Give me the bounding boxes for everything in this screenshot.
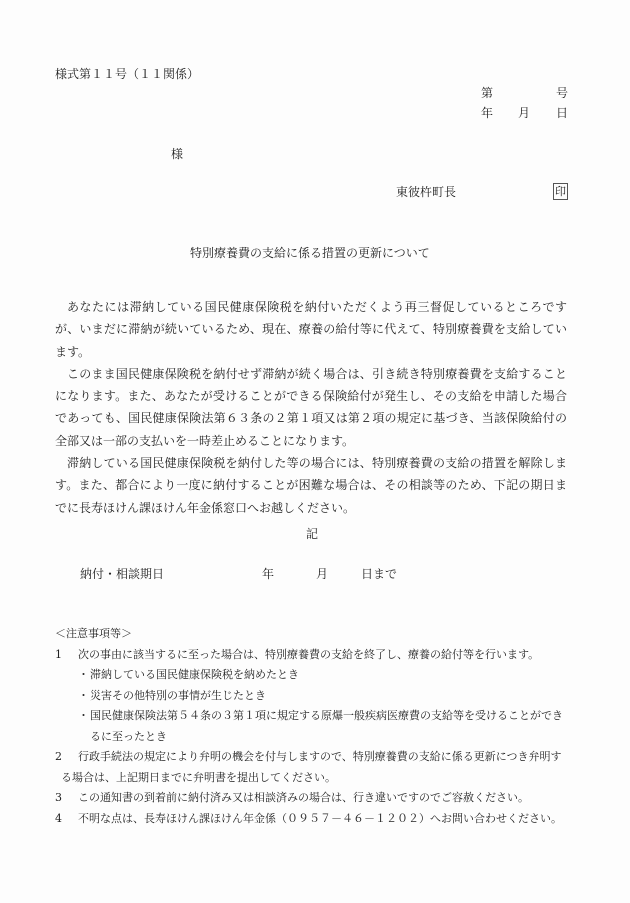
document-page: 様式第１１号（１１関係） 第 号 年 月 日 様 東彼杵町長 印 特別療養費の支… [0, 0, 630, 903]
bullet-mark: ・ [78, 706, 90, 727]
note-text: 不明な点は、長寿ほけん課ほけん年金係（０９５７－４６－１２０２）へお問い合わせく… [78, 809, 575, 830]
body-paragraph: 滞納している国民健康保険税を納付した等の場合には、特別療養費の支給の措置を解除し… [55, 452, 567, 519]
bullet-text: 国民健康保険法第５４条の３第１項に規定する原爆一般疾病医療費の支給等を受けること… [90, 706, 563, 727]
note-number: 2 [55, 747, 78, 768]
seal-mark: 印 [553, 183, 568, 200]
deadline-day-until: 日まで [361, 567, 397, 581]
issuer-name: 東彼杵町長 [396, 185, 456, 199]
note-item: 2 行政手続法の規定により弁明の機会を付与しますので、特別療養費の支給に係る更新… [55, 747, 575, 768]
bullet-mark: ・ [78, 686, 90, 707]
notes-section: ＜注意事項等＞ 1 次の事由に該当するに至った場合は、特別療養費の支給を終了し、… [55, 624, 575, 829]
body-paragraph: このまま国民健康保険税を納付せず滞納が続く場合は、引き続き特別療養費を支給するこ… [55, 363, 567, 452]
bullet-text-continued: るに至ったとき [55, 727, 575, 748]
note-number: 3 [55, 788, 78, 809]
deadline-label: 納付・相談期日 [80, 567, 164, 581]
bullet-text: 滞納している国民健康保険税を納めたとき [90, 665, 299, 686]
notes-heading: ＜注意事項等＞ [55, 624, 575, 645]
date-year: 年 [481, 106, 493, 120]
note-text: 次の事由に該当するに至った場合は、特別療養費の支給を終了し、療養の給付等を行いま… [78, 645, 575, 666]
form-label: 様式第１１号（１１関係） [55, 67, 199, 81]
body-text: あなたには滞納している国民健康保険税を納付いただくよう再三督促しているところです… [55, 296, 567, 519]
bullet-text: 災害その他特別の事情が生じたとき [90, 686, 266, 707]
body-paragraph: あなたには滞納している国民健康保険税を納付いただくよう再三督促しているところです… [55, 296, 567, 363]
bullet-mark: ・ [78, 665, 90, 686]
addressee-suffix: 様 [171, 147, 183, 161]
seal-box: 印 [553, 183, 568, 200]
note-bullet: ・ 国民健康保険法第５４条の３第１項に規定する原爆一般疾病医療費の支給等を受ける… [55, 706, 575, 727]
note-item: 1 次の事由に該当するに至った場合は、特別療養費の支給を終了し、療養の給付等を行… [55, 645, 575, 666]
date-day: 日 [556, 106, 568, 120]
note-number: 4 [55, 809, 78, 830]
deadline-year: 年 [262, 567, 274, 581]
document-number-suffix: 号 [556, 86, 568, 100]
document-number-prefix: 第 [481, 86, 493, 100]
note-text-continued: る場合は、上記期日までに弁明書を提出してください。 [55, 768, 575, 789]
document-title: 特別療養費の支給に係る措置の更新について [190, 246, 430, 260]
date-month: 月 [518, 106, 530, 120]
note-number: 1 [55, 645, 78, 666]
note-item: 4 不明な点は、長寿ほけん課ほけん年金係（０９５７－４６－１２０２）へお問い合わ… [55, 809, 575, 830]
note-text: 行政手続法の規定により弁明の機会を付与しますので、特別療養費の支給に係る更新につ… [78, 747, 575, 768]
record-heading: 記 [306, 527, 318, 541]
note-bullet: ・ 滞納している国民健康保険税を納めたとき [55, 665, 575, 686]
deadline-month: 月 [316, 567, 328, 581]
note-item: 3 この通知書の到着前に納付済み又は相談済みの場合は、行き違いですのでご容赦くだ… [55, 788, 575, 809]
note-text: この通知書の到着前に納付済み又は相談済みの場合は、行き違いですのでご容赦ください… [78, 788, 575, 809]
note-bullet: ・ 災害その他特別の事情が生じたとき [55, 686, 575, 707]
